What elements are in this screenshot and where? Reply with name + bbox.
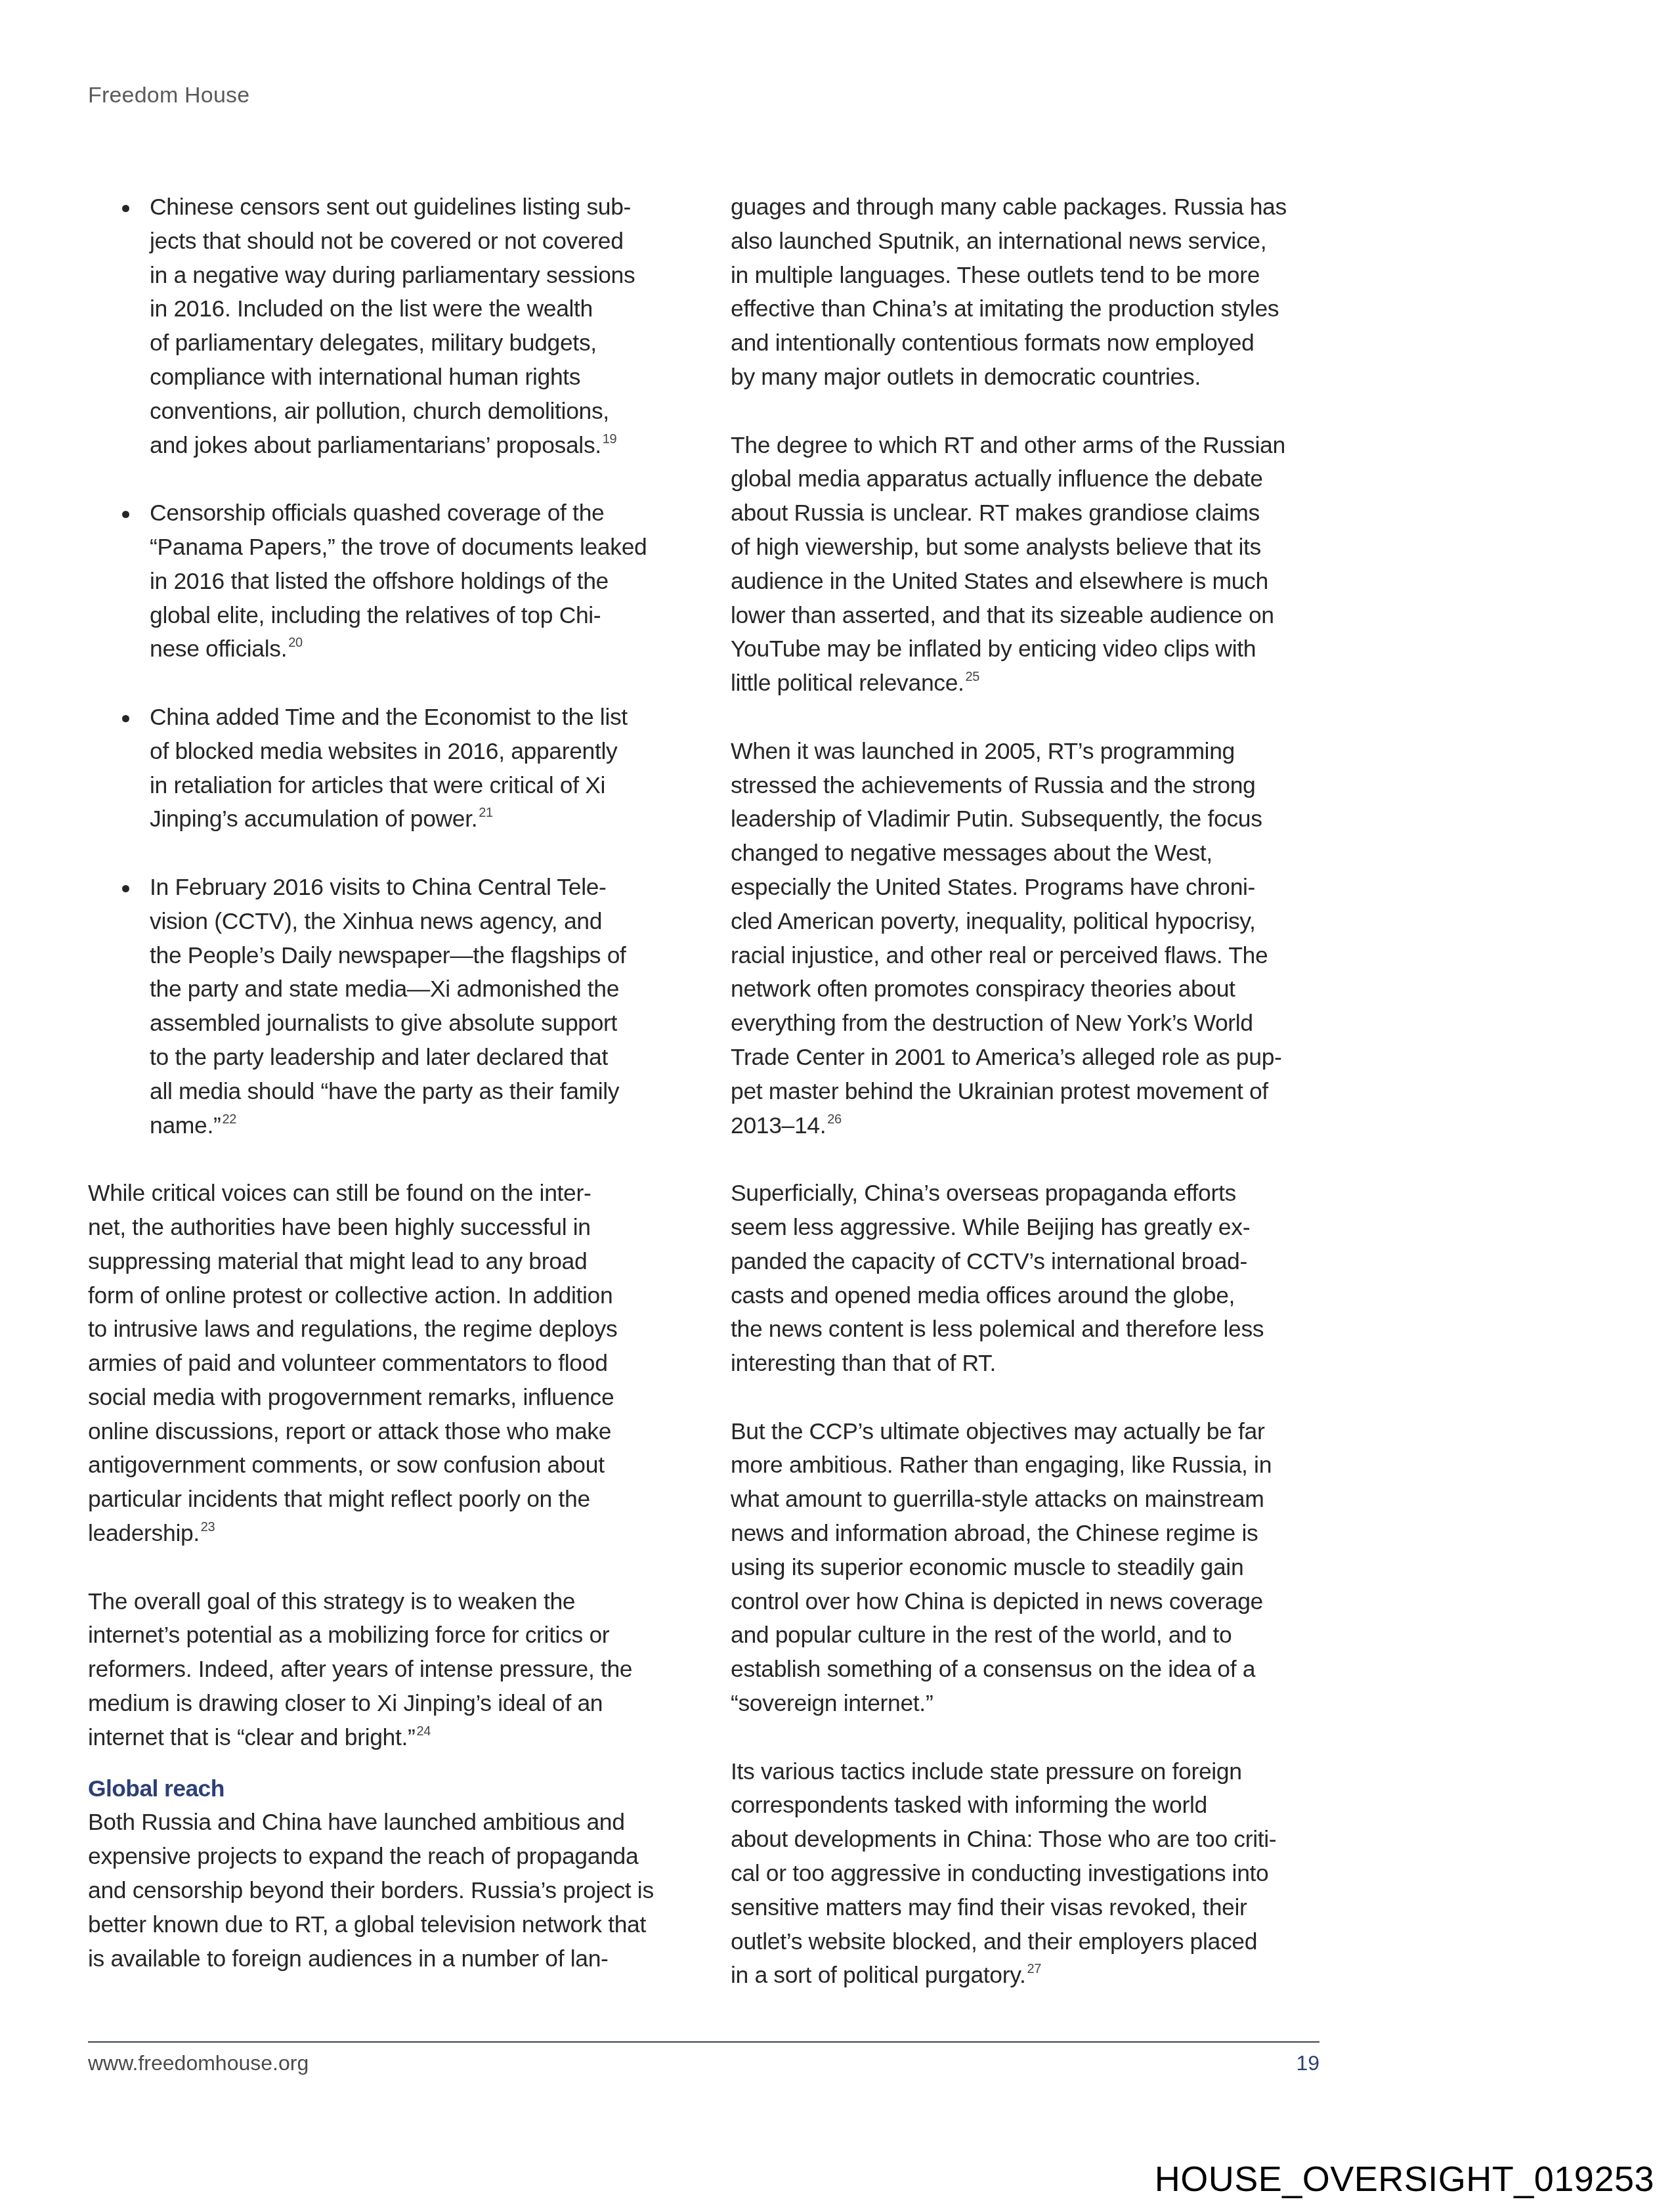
text-line: In February 2016 visits to China Central… [150,871,682,905]
text-line: expensive projects to expand the reach o… [88,1840,682,1874]
text-line: particular incidents that might reflect … [88,1483,682,1517]
text-line: Chinese censors sent out guidelines list… [150,190,682,225]
text-line: sensitive matters may find their visas r… [731,1891,1325,1925]
paragraph-overall-goal: The overall goal of this strategy is to … [88,1585,682,1755]
text-line: global elite, including the relatives of… [150,599,682,633]
bullet-item: Chinese censors sent out guidelines list… [88,190,682,462]
footnote-ref[interactable]: 23 [201,1520,215,1534]
text-line: vision (CCTV), the Xinhua news agency, a… [150,905,682,939]
text-segment: 2013–14. [731,1112,826,1139]
text-line: panded the capacity of CCTV’s internatio… [731,1245,1325,1279]
text-line: reformers. Indeed, after years of intens… [88,1653,682,1687]
text-line: about developments in China: Those who a… [731,1823,1325,1857]
text-segment: in a sort of political purgatory. [731,1962,1026,1988]
paragraph-ccp-objectives: But the CCP’s ultimate objectives may ac… [731,1415,1325,1721]
text-line: Its various tactics include state pressu… [731,1755,1325,1789]
text-line: 2013–14.26 [731,1109,1325,1143]
text-line: the People’s Daily newspaper—the flagshi… [150,939,682,973]
text-line: internet’s potential as a mobilizing for… [88,1618,682,1653]
text-line: antigovernment comments, or sow confusio… [88,1448,682,1483]
bullet-dot-icon [122,885,129,892]
text-line: of blocked media websites in 2016, appar… [150,735,682,769]
text-line: conventions, air pollution, church demol… [150,395,682,429]
text-line: audience in the United States and elsewh… [731,565,1325,599]
text-line: everything from the destruction of New Y… [731,1007,1325,1041]
paragraph-rt-programming: When it was launched in 2005, RT’s progr… [731,735,1325,1143]
footnote-ref[interactable]: 21 [479,806,493,820]
text-line: jects that should not be covered or not … [150,225,682,259]
text-segment: little political relevance. [731,670,964,696]
text-line: “Panama Papers,” the trove of documents … [150,531,682,565]
text-line: When it was launched in 2005, RT’s progr… [731,735,1325,769]
text-line: Superficially, China’s overseas propagan… [731,1177,1325,1211]
text-line: by many major outlets in democratic coun… [731,360,1325,395]
paragraph-tactics: Its various tactics include state pressu… [731,1755,1325,1993]
text-line: YouTube may be inflated by enticing vide… [731,632,1325,666]
text-line: social media with progovernment remarks,… [88,1381,682,1415]
text-line: guages and through many cable packages. … [731,190,1325,225]
text-line: outlet’s website blocked, and their empl… [731,1925,1325,1959]
text-segment: name.” [150,1112,221,1139]
text-segment: nese officials. [150,636,287,662]
text-line: in multiple languages. These outlets ten… [731,259,1325,293]
text-segment: Jinping’s accumulation of power. [150,806,477,832]
text-line: assembled journalists to give absolute s… [150,1007,682,1041]
text-line: form of online protest or collective act… [88,1279,682,1313]
left-column: Chinese censors sent out guidelines list… [88,190,682,1976]
text-line: While critical voices can still be found… [88,1177,682,1211]
bullet-dot-icon [122,511,129,518]
text-line: leadership of Vladimir Putin. Subsequent… [731,802,1325,836]
running-header: Freedom House [88,83,249,108]
text-line: network often promotes conspiracy theori… [731,972,1325,1007]
text-line: all media should “have the party as thei… [150,1075,682,1109]
bullet-dot-icon [122,715,129,722]
bullet-list: Chinese censors sent out guidelines list… [88,190,682,1142]
text-segment: leadership. [88,1520,200,1546]
text-line: China added Time and the Economist to th… [150,701,682,735]
text-line: the party and state media—Xi admonished … [150,972,682,1007]
bullet-item: In February 2016 visits to China Central… [88,871,682,1142]
text-line: of parliamentary delegates, military bud… [150,326,682,360]
text-line: pet master behind the Ukrainian protest … [731,1075,1325,1109]
text-line: to intrusive laws and regulations, the r… [88,1312,682,1347]
text-line: and censorship beyond their borders. Rus… [88,1874,682,1908]
text-line: medium is drawing closer to Xi Jinping’s… [88,1687,682,1721]
text-line: and jokes about parliamentarians’ propos… [150,429,682,463]
text-line: Censorship officials quashed coverage of… [150,496,682,531]
footnote-ref[interactable]: 22 [222,1112,236,1127]
footer-website-link[interactable]: www.freedomhouse.org [88,2051,309,2075]
text-line: changed to negative messages about the W… [731,836,1325,871]
text-line: seem less aggressive. While Beijing has … [731,1211,1325,1245]
text-line: the news content is less polemical and t… [731,1312,1325,1347]
text-line: and intentionally contentious formats no… [731,326,1325,360]
text-line: little political relevance.25 [731,666,1325,701]
footnote-ref[interactable]: 20 [288,636,303,650]
text-line: Trade Center in 2001 to America’s allege… [731,1041,1325,1075]
text-line: establish something of a consensus on th… [731,1653,1325,1687]
text-line: effective than China’s at imitating the … [731,292,1325,326]
text-line: Both Russia and China have launched ambi… [88,1806,682,1840]
text-line: leadership.23 [88,1517,682,1551]
bates-stamp: HOUSE_OVERSIGHT_019253 [1155,2159,1654,2200]
bullet-dot-icon [122,205,129,212]
text-line: also launched Sputnik, an international … [731,225,1325,259]
page-number: 19 [1296,2051,1320,2075]
text-line: The degree to which RT and other arms of… [731,429,1325,463]
text-line: The overall goal of this strategy is to … [88,1585,682,1619]
text-line: online discussions, report or attack tho… [88,1415,682,1449]
text-line: stressed the achievements of Russia and … [731,769,1325,803]
text-line: internet that is “clear and bright.”24 [88,1721,682,1755]
text-line: casts and opened media offices around th… [731,1279,1325,1313]
text-line: using its superior economic muscle to st… [731,1551,1325,1585]
text-line: lower than asserted, and that its sizeab… [731,599,1325,633]
text-line: in retaliation for articles that were cr… [150,769,682,803]
text-line: correspondents tasked with informing the… [731,1789,1325,1823]
footnote-ref[interactable]: 19 [603,432,617,446]
text-line: more ambitious. Rather than engaging, li… [731,1448,1325,1483]
footnote-ref[interactable]: 27 [1027,1962,1042,1976]
text-line: in a sort of political purgatory.27 [731,1959,1325,1993]
text-line: is available to foreign audiences in a n… [88,1942,682,1976]
section-heading-global-reach: Global reach [88,1772,682,1806]
text-line: and popular culture in the rest of the w… [731,1618,1325,1653]
footnote-ref[interactable]: 24 [416,1724,431,1739]
text-line: Jinping’s accumulation of power.21 [150,802,682,836]
text-line: compliance with international human righ… [150,360,682,395]
paragraph-critical-voices: While critical voices can still be found… [88,1177,682,1551]
text-line: to the party leadership and later declar… [150,1041,682,1075]
text-line: cal or too aggressive in conducting inve… [731,1857,1325,1891]
right-column: guages and through many cable packages. … [731,190,1325,1993]
footnote-ref[interactable]: 26 [827,1112,842,1127]
paragraph-global-reach: Both Russia and China have launched ambi… [88,1806,682,1976]
text-line: global media apparatus actually influenc… [731,462,1325,496]
text-line: news and information abroad, the Chinese… [731,1517,1325,1551]
footer-divider [88,2041,1320,2043]
paragraph-rt-influence: The degree to which RT and other arms of… [731,429,1325,701]
text-line: racial injustice, and other real or perc… [731,939,1325,973]
text-line: But the CCP’s ultimate objectives may ac… [731,1415,1325,1449]
text-line: armies of paid and volunteer commentator… [88,1347,682,1381]
paragraph-russia-outlets: guages and through many cable packages. … [731,190,1325,395]
bullet-item: China added Time and the Economist to th… [88,701,682,836]
text-line: what amount to guerrilla-style attacks o… [731,1483,1325,1517]
text-line: in 2016. Included on the list were the w… [150,292,682,326]
bullet-item: Censorship officials quashed coverage of… [88,496,682,666]
text-segment: internet that is “clear and bright.” [88,1724,415,1750]
text-segment: and jokes about parliamentarians’ propos… [150,432,601,458]
text-line: suppressing material that might lead to … [88,1245,682,1279]
text-line: “sovereign internet.” [731,1687,1325,1721]
text-line: in 2016 that listed the offshore holding… [150,565,682,599]
text-line: interesting than that of RT. [731,1347,1325,1381]
paragraph-china-superficial: Superficially, China’s overseas propagan… [731,1177,1325,1381]
text-line: in a negative way during parliamentary s… [150,259,682,293]
text-line: control over how China is depicted in ne… [731,1585,1325,1619]
text-line: cled American poverty, inequality, polit… [731,905,1325,939]
text-line: name.”22 [150,1109,682,1143]
text-line: about Russia is unclear. RT makes grandi… [731,496,1325,531]
text-line: better known due to RT, a global televis… [88,1908,682,1942]
footnote-ref[interactable]: 25 [966,670,980,684]
text-line: especially the United States. Programs h… [731,871,1325,905]
text-line: nese officials.20 [150,632,682,666]
text-line: net, the authorities have been highly su… [88,1211,682,1245]
text-line: of high viewership, but some analysts be… [731,531,1325,565]
